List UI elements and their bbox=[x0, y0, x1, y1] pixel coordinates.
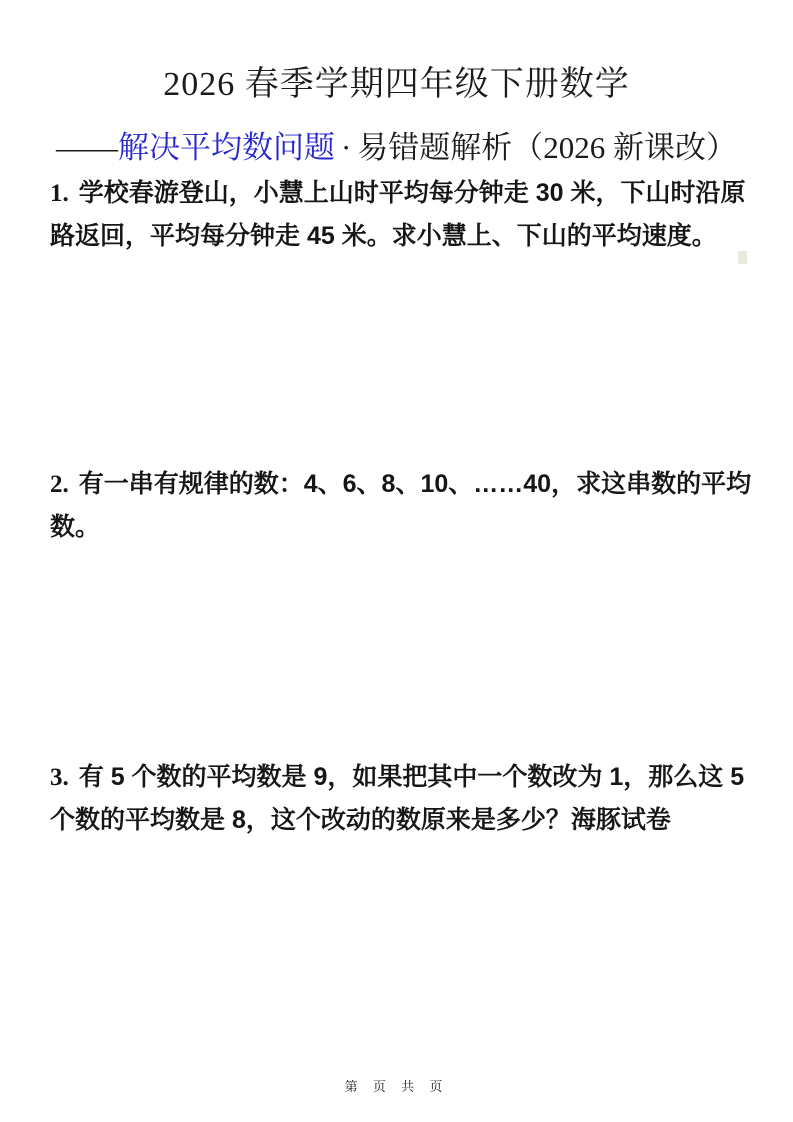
scan-artifact-mark bbox=[738, 251, 747, 264]
page-number-footer: 第 页 共 页 bbox=[0, 1076, 793, 1095]
problem-1-number: 1. bbox=[50, 180, 79, 207]
problem-2-text: 有一串有规律的数：4、6、8、10、……40，求这串数的平均 bbox=[79, 470, 751, 498]
problem-3: 3.有 5 个数的平均数是 9，如果把其中一个数改为 1，那么这 5 个数的平均… bbox=[50, 756, 763, 842]
worksheet-page: 2026 春季学期四年级下册数学 ——解决平均数问题·易错题解析（2026 新课… bbox=[0, 0, 793, 1122]
problem-2: 2.有一串有规律的数：4、6、8、10、……40，求这串数的平均 数。 bbox=[50, 463, 763, 549]
subtitle-dash: —— bbox=[56, 130, 118, 165]
subtitle-separator-dot: · bbox=[335, 130, 357, 165]
page-subtitle: ——解决平均数问题·易错题解析（2026 新课改） bbox=[0, 122, 793, 167]
subtitle-suffix: 易错题解析（2026 新课改） bbox=[357, 130, 737, 165]
problem-3-number: 3. bbox=[50, 764, 79, 791]
problem-1-text: 学校春游登山，小慧上山时平均每分钟走 30 米，下山时沿原 bbox=[79, 179, 746, 207]
problem-3-line-1: 3.有 5 个数的平均数是 9，如果把其中一个数改为 1，那么这 5 bbox=[50, 756, 763, 799]
problem-1-line-2: 路返回，平均每分钟走 45 米。求小慧上、下山的平均速度。 bbox=[50, 215, 763, 258]
problem-1-line-1: 1.学校春游登山，小慧上山时平均每分钟走 30 米，下山时沿原 bbox=[50, 172, 763, 215]
problem-1: 1.学校春游登山，小慧上山时平均每分钟走 30 米，下山时沿原 路返回，平均每分… bbox=[50, 172, 763, 258]
page-title: 2026 春季学期四年级下册数学 bbox=[0, 56, 793, 105]
problem-2-line-1: 2.有一串有规律的数：4、6、8、10、……40，求这串数的平均 bbox=[50, 463, 763, 506]
problem-2-number: 2. bbox=[50, 471, 79, 498]
subtitle-highlight: 解决平均数问题 bbox=[118, 130, 335, 165]
problem-2-line-2: 数。 bbox=[50, 506, 763, 549]
problem-3-text: 有 5 个数的平均数是 9，如果把其中一个数改为 1，那么这 5 bbox=[79, 763, 744, 791]
problem-3-line-2: 个数的平均数是 8，这个改动的数原来是多少？海豚试卷 bbox=[50, 799, 763, 842]
